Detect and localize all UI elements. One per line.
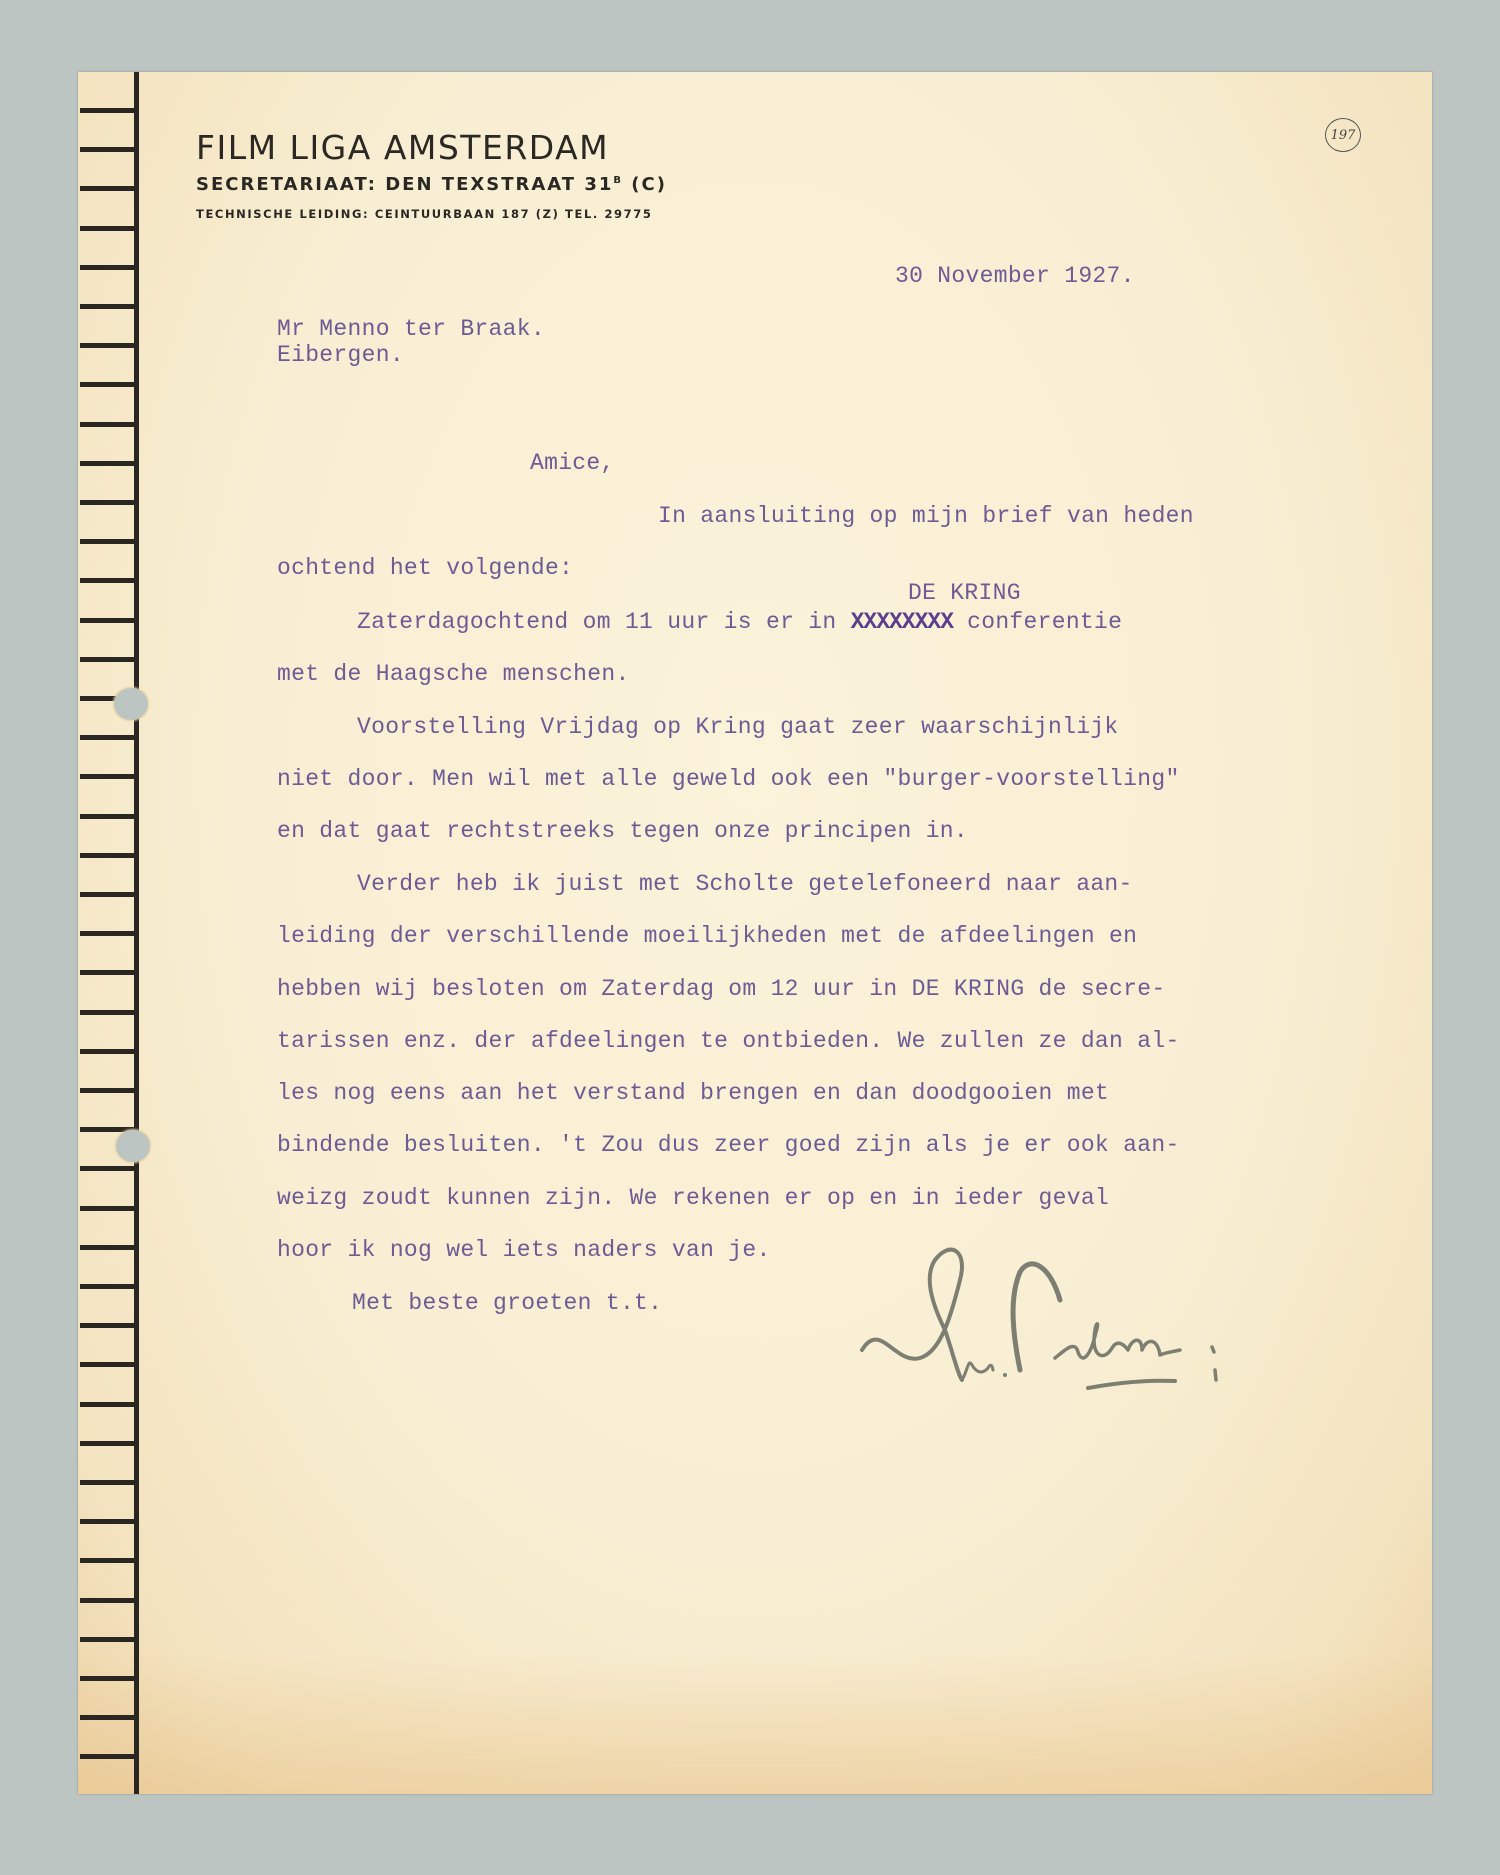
margin-tick <box>80 1676 136 1681</box>
body-line: tarissen enz. der afdeelingen te ontbied… <box>277 1028 1180 1054</box>
margin-tick <box>80 539 136 544</box>
body-line: les nog eens aan het verstand brengen en… <box>277 1080 1109 1106</box>
margin-tick <box>80 500 136 505</box>
letterhead: FILM LIGA AMSTERDAM SECRETARIAAT: DEN TE… <box>196 128 667 221</box>
margin-tick <box>80 343 136 348</box>
margin-tick <box>80 422 136 427</box>
margin-tick <box>80 1558 136 1563</box>
margin-tick <box>80 1362 136 1367</box>
margin-tick <box>80 186 136 191</box>
organization-name: FILM LIGA AMSTERDAM <box>196 128 667 168</box>
margin-tick <box>80 304 136 309</box>
closing: Met beste groeten t.t. <box>352 1290 662 1316</box>
secretariat-suffix: (C) <box>623 174 667 195</box>
struck-out-text: XXXXXXXX <box>851 609 953 635</box>
margin-tick <box>80 1323 136 1328</box>
body-line: bindende besluiten. 't Zou dus zeer goed… <box>277 1132 1180 1158</box>
technical-address: TECHNISCHE LEIDING: CEINTUURBAAN 187 (Z)… <box>196 207 667 221</box>
body-line: leiding der verschillende moeilijkheden … <box>277 923 1137 949</box>
paper-stain <box>78 1654 1432 1794</box>
margin-tick <box>80 814 136 819</box>
margin-tick <box>80 618 136 623</box>
margin-tick <box>80 1049 136 1054</box>
margin-tick <box>80 1166 136 1171</box>
signature <box>850 1240 1250 1400</box>
margin-tick <box>80 1598 136 1603</box>
body-line: niet door. Men wil met alle geweld ook e… <box>277 766 1180 792</box>
body-line: hoor ik nog wel iets naders van je. <box>277 1237 771 1263</box>
margin-tick <box>80 461 136 466</box>
margin-tick <box>80 1010 136 1015</box>
secretariat-address: SECRETARIAAT: DEN TEXSTRAAT 31B (C) <box>196 174 667 195</box>
archive-number-stamp: 197 <box>1325 118 1361 152</box>
margin-tick <box>80 970 136 975</box>
body-line: Verder heb ik juist met Scholte getelefo… <box>357 871 1133 897</box>
margin-tick <box>80 892 136 897</box>
secretariat-text: SECRETARIAAT: DEN TEXSTRAAT 31 <box>196 174 613 195</box>
margin-tick <box>80 1284 136 1289</box>
body-line: ochtend het volgende: <box>277 555 573 581</box>
margin-tick <box>80 578 136 583</box>
salutation: Amice, <box>530 450 615 476</box>
margin-tick <box>80 1245 136 1250</box>
punch-hole-bottom <box>116 1130 150 1162</box>
margin-tick <box>80 382 136 387</box>
recipient-name: Mr Menno ter Braak. <box>277 316 545 342</box>
body-line: en dat gaat rechtstreeks tegen onze prin… <box>277 818 968 844</box>
margin-tick <box>80 226 136 231</box>
margin-tick <box>80 147 136 152</box>
margin-tick <box>80 1754 136 1759</box>
margin-tick <box>80 931 136 936</box>
body-text: Zaterdagochtend om 11 uur is er in <box>357 609 851 635</box>
margin-tick <box>80 1441 136 1446</box>
margin-tick <box>80 735 136 740</box>
address-superscript: B <box>613 175 623 186</box>
body-line: weizg zoudt kunnen zijn. We rekenen er o… <box>277 1185 1109 1211</box>
body-line: Zaterdagochtend om 11 uur is er in XXXXX… <box>357 609 1122 635</box>
margin-tick <box>80 1715 136 1720</box>
margin-tick <box>80 1637 136 1642</box>
margin-tick <box>80 108 136 113</box>
margin-tick <box>80 1088 136 1093</box>
margin-tick <box>80 265 136 270</box>
body-line: In aansluiting op mijn brief van heden <box>658 503 1194 529</box>
body-line: hebben wij besloten om Zaterdag om 12 uu… <box>277 976 1165 1002</box>
insertion-text: DE KRING <box>908 580 1021 606</box>
punch-hole-top <box>114 688 148 720</box>
body-line: met de Haagsche menschen. <box>277 661 630 687</box>
margin-tick <box>80 1480 136 1485</box>
letter-date: 30 November 1927. <box>895 263 1135 289</box>
recipient-place: Eibergen. <box>277 342 404 368</box>
margin-tick <box>80 1206 136 1211</box>
margin-tick <box>80 774 136 779</box>
margin-tick <box>80 853 136 858</box>
margin-tick <box>80 657 136 662</box>
margin-tick <box>80 1402 136 1407</box>
body-line: Voorstelling Vrijdag op Kring gaat zeer … <box>357 714 1119 740</box>
body-text: conferentie <box>953 609 1122 635</box>
margin-tick <box>80 1519 136 1524</box>
